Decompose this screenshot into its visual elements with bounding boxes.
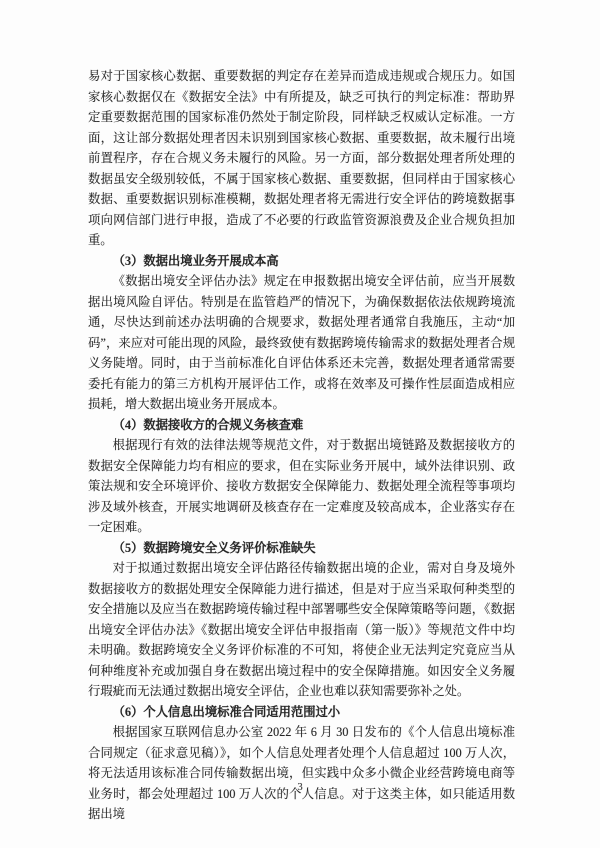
section-5-paragraph: 对于拟通过数据出境安全评估路径传输数据出境的企业，需对自身及境外数据接收方的数据…	[88, 558, 515, 702]
section-heading-3: （3）数据出境业务开展成本高	[88, 251, 515, 272]
section-heading-6: （6）个人信息出境标准合同适用范围过小	[88, 702, 515, 723]
document-text-block: 易对于国家核心数据、重要数据的判定存在差异而造成违规或合规压力。如国家核心数据仅…	[88, 66, 515, 825]
section-heading-4: （4）数据接收方的合规义务核查难	[88, 415, 515, 436]
section-4-paragraph: 根据现行有效的法律法规等规范文件，对于数据出境链路及数据接收方的数据安全保障能力…	[88, 435, 515, 538]
section-6-paragraph: 根据国家互联网信息办公室 2022 年 6 月 30 日发布的《个人信息出境标准…	[88, 722, 515, 825]
continued-paragraph: 易对于国家核心数据、重要数据的判定存在差异而造成违规或合规压力。如国家核心数据仅…	[88, 66, 515, 251]
section-heading-5: （5）数据跨境安全义务评价标准缺失	[88, 538, 515, 559]
section-3-paragraph: 《数据出境安全评估办法》规定在申报数据出境安全评估前，应当开展数据出境风险自评估…	[88, 271, 515, 415]
document-page: 易对于国家核心数据、重要数据的判定存在差异而造成违规或合规压力。如国家核心数据仅…	[0, 0, 600, 848]
page-number: 3	[0, 782, 600, 793]
